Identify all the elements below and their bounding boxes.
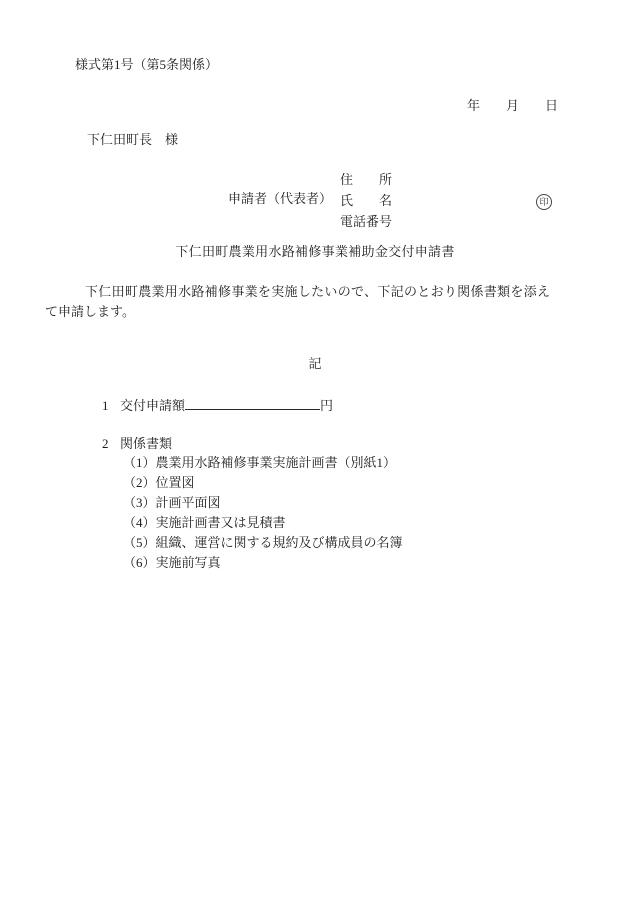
address-label: 住 所 [340,169,392,190]
attachment-item: （1）農業用水路補修事業実施計画書（別紙1） [123,453,403,473]
phone-label: 電話番号 [340,211,392,232]
form-number: 様式第1号（第5条関係） [75,57,218,73]
related-documents-label: 関係書類 [120,436,172,451]
record-marker: 記 [0,356,630,372]
related-documents-item: 2関係書類 [102,436,172,452]
name-label: 氏 名 [340,190,392,211]
amount-unit-label: 円 [320,398,333,413]
applicant-fields-block: 住 所 氏 名 電話番号 [340,169,392,232]
item-number: 1 [102,398,120,414]
attachment-list: （1）農業用水路補修事業実施計画書（別紙1） （2）位置図 （3）計画平面図 （… [123,453,403,573]
attachment-item: （4）実施計画書又は見積書 [123,513,403,533]
grant-amount-item: 1交付申請額円 [102,397,333,414]
addressee-line: 下仁田町長 様 [87,132,178,148]
attachment-item: （6）実施前写真 [123,553,403,573]
attachment-item: （3）計画平面図 [123,493,403,513]
date-blank-line: 年 月 日 [467,98,558,114]
document-page: 様式第1号（第5条関係） 年 月 日 下仁田町長 様 申請者（代表者） 住 所 … [0,0,630,903]
seal-icon: 印 [536,194,552,210]
amount-fill-in-line [185,397,320,410]
attachment-item: （5）組織、運営に関する規約及び構成員の名簿 [123,533,403,553]
attachment-item: （2）位置図 [123,473,403,493]
applicant-role-label: 申請者（代表者） [228,191,332,207]
amount-label: 交付申請額 [120,398,185,413]
item-number: 2 [102,436,120,452]
body-paragraph: 下仁田町農業用水路補修事業を実施したいので、下記のとおり関係書類を添えて申請しま… [45,282,550,322]
document-title: 下仁田町農業用水路補修事業補助金交付申請書 [0,244,630,260]
